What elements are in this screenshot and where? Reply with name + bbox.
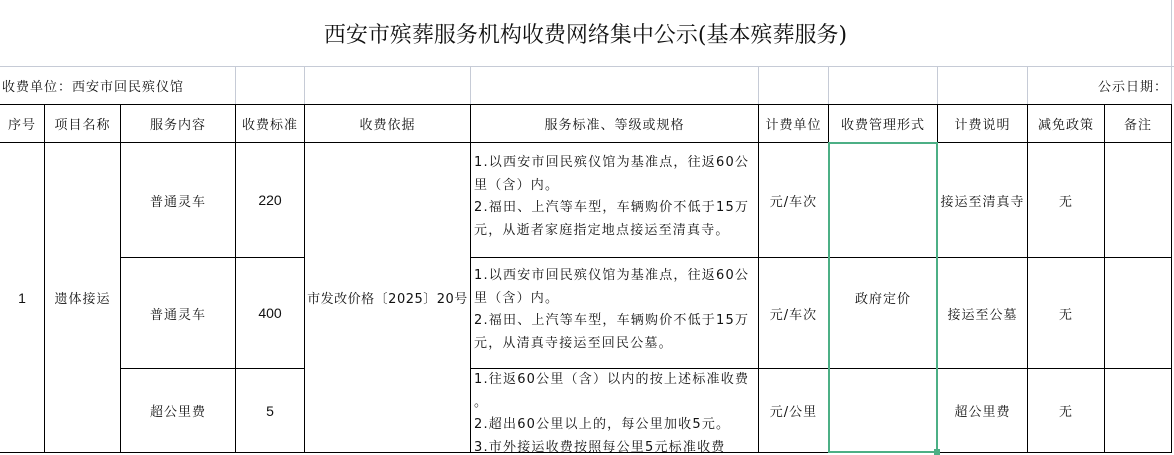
fee-unit-label[interactable]: 收费单位：西安市回民殡仪馆 [2,66,234,104]
item-name[interactable]: 遗体接运 [45,143,120,452]
page-title[interactable]: 西安市殡葬服务机构收费网络集中公示(基本殡葬服务) [0,0,1171,66]
service-content[interactable]: 普通灵车 [121,258,235,368]
gridline [1171,0,1172,104]
management-form[interactable]: 政府定价 [829,143,937,452]
remark[interactable] [1105,258,1171,368]
service-standard[interactable]: 1.以西安市回民殡仪馆为基准点，往返60公 里（含）内。 2.福田、上汽等车型，… [471,258,758,368]
billing-unit[interactable]: 元/车次 [759,258,828,368]
standard-line: 里（含）内。 [474,175,559,198]
publish-date-label[interactable]: 公示日期： [1028,66,1168,104]
header-fee-basis[interactable]: 收费依据 [305,105,470,142]
gridline [235,66,236,104]
gridline [758,66,759,104]
remark[interactable] [1105,143,1171,257]
header-fee-standard[interactable]: 收费标准 [236,105,304,142]
gridline [937,66,938,104]
fee-price[interactable]: 5 [236,369,304,452]
standard-line: 里（含）内。 [474,288,559,311]
billing-unit[interactable]: 元/公里 [759,369,828,452]
remark[interactable] [1105,369,1171,452]
header-billing-note[interactable]: 计费说明 [938,105,1027,142]
gridline [828,66,829,104]
reduction-policy[interactable]: 无 [1028,369,1104,452]
standard-line: 。 [474,392,488,415]
billing-note[interactable]: 超公里费 [938,369,1027,452]
standard-line: 1.以西安市回民殡仪馆为基准点，往返60公 [474,265,749,288]
row-index[interactable]: 1 [0,143,44,452]
billing-note[interactable]: 接运至公墓 [938,258,1027,368]
billing-note[interactable]: 接运至清真寺 [938,143,1027,257]
fee-price[interactable]: 220 [236,143,304,257]
standard-line: 元，从清真寺接运至回民公墓。 [474,333,673,356]
spreadsheet: 西安市殡葬服务机构收费网络集中公示(基本殡葬服务) 收费单位：西安市回民殡仪馆 … [0,0,1174,455]
service-content[interactable]: 超公里费 [121,369,235,452]
border [1171,104,1172,453]
standard-line: 2.福田、上汽等车型，车辆购价不低于15万 [474,310,749,333]
gridline [304,66,305,104]
standard-line: 1.以西安市回民殡仪馆为基准点，往返60公 [474,152,749,175]
fee-price[interactable]: 400 [236,258,304,368]
header-management-form[interactable]: 收费管理形式 [829,105,937,142]
reduction-policy[interactable]: 无 [1028,258,1104,368]
service-content[interactable]: 普通灵车 [121,143,235,257]
service-standard[interactable]: 1.往返60公里（含）以内的按上述标准收费 。 2.超出60公里以上的，每公里加… [471,369,758,452]
fill-handle[interactable] [934,449,940,455]
gridline [470,66,471,104]
border [0,452,1172,453]
header-index[interactable]: 序号 [0,105,44,142]
header-remark[interactable]: 备注 [1105,105,1171,142]
standard-line: 2.福田、上汽等车型，车辆购价不低于15万 [474,197,749,220]
billing-unit[interactable]: 元/车次 [759,143,828,257]
standard-line: 1.往返60公里（含）以内的按上述标准收费 [474,369,749,392]
header-item-name[interactable]: 项目名称 [45,105,120,142]
standard-line: 元，从逝者家庭指定地点接运至清真寺。 [474,220,730,243]
standard-line: 2.超出60公里以上的，每公里加收5元。 [474,414,730,437]
header-reduction-policy[interactable]: 减免政策 [1028,105,1104,142]
standard-line: 3.市外接运收费按照每公里5元标准收费 [474,437,725,453]
fee-basis[interactable]: 市发改价格〔2025〕20号 [305,143,470,452]
header-service-standard[interactable]: 服务标准、等级或规格 [471,105,758,142]
header-service-content[interactable]: 服务内容 [121,105,235,142]
service-standard[interactable]: 1.以西安市回民殡仪馆为基准点，往返60公 里（含）内。 2.福田、上汽等车型，… [471,143,758,257]
reduction-policy[interactable]: 无 [1028,143,1104,257]
header-billing-unit[interactable]: 计费单位 [759,105,828,142]
